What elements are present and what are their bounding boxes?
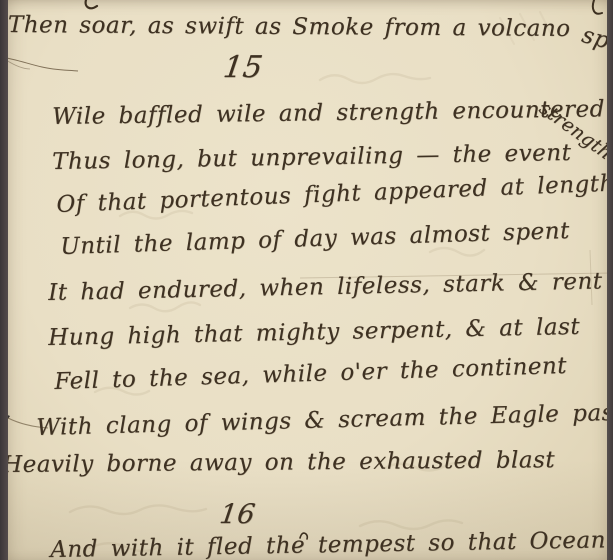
stanza-number: 16 <box>218 499 258 530</box>
verse-line: Heavily borne away on the exhausted blas… <box>2 447 555 478</box>
manuscript-page: Then soar, as swift as Smoke from a volc… <box>0 0 613 560</box>
verse-line: Until the lamp of day was almost spent <box>60 218 570 260</box>
scan-edge-left <box>0 0 8 560</box>
verse-line: It had endured, when lifeless, stark & r… <box>48 268 603 306</box>
scan-edge-right <box>607 0 613 560</box>
verse-line: Hung high that mighty serpent, & at last <box>48 314 580 351</box>
verse-line: With clang of wings & scream the Eagle p… <box>36 400 613 441</box>
verse-line-partial: And with it fled the tempest so that Oce… <box>50 527 606 560</box>
verse-line: Fell to the sea, while o'er the continen… <box>54 353 567 395</box>
verse-line: Wile baffled wile and strength encounter… <box>52 96 605 130</box>
verse-text: Then soar, as swift as Smoke from a volc… <box>8 12 571 42</box>
stanza-number: 15 <box>221 50 265 85</box>
verse-line: Of that portentous fight appeared at len… <box>56 171 613 218</box>
verse-line: Thus long, but unprevailing — the event <box>52 140 572 175</box>
verse-line: Then soar, as swift as Smoke from a volc… <box>8 12 613 43</box>
